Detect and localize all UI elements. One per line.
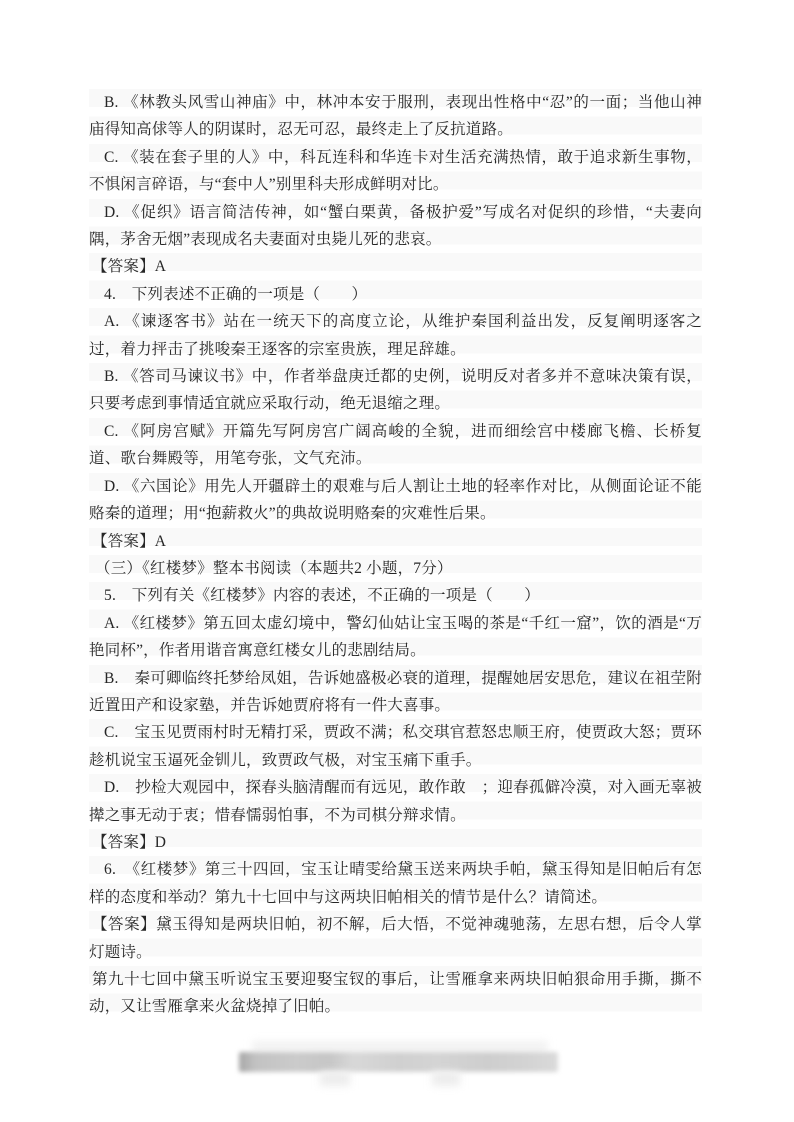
exam-paragraph-question: 4. 下列表述不正确的一项是（ ） [89,281,702,308]
exam-document-page: B. 《林教头风雪山神庙》中，林冲本安于服刑，表现出性格中“忍”的一面；当他山神… [0,0,794,1122]
exam-paragraph-answer: 【答案】A [89,253,702,280]
exam-paragraph-section: （三）《红楼梦》整本书阅读（本题共2 小题，7分） [89,555,702,582]
exam-paragraph-answer: 【答案】A [89,528,702,555]
watermark-fragment [320,1071,350,1086]
exam-paragraph-option: D. 《六国论》用先人开疆辟土的艰难与后人割让土地的轻率作对比，从侧面论证不能赂… [89,473,702,528]
exam-paragraph-option: A. 《谏逐客书》站在一统天下的高度立论，从维护秦国利益出发，反复阐明逐客之过，… [89,308,702,363]
exam-paragraph-option: D. 抄检大观园中，探春头脑清醒而有远见，敢作敢 ；迎春孤僻冷漠，对入画无辜被撵… [89,774,702,829]
exam-paragraph-option: C. 宝玉见贾雨村时无精打采，贾政不满；私交琪官惹怒忠顺王府，使贾政大怒；贾环趁… [89,719,702,774]
exam-paragraph-option: C. 《阿房宫赋》开篇先写阿房宫广阔高峻的全貌，进而细绘宫中楼廊飞檐、长桥复道、… [89,418,702,473]
document-body: B. 《林教头风雪山神庙》中，林冲本安于服刑，表现出性格中“忍”的一面；当他山神… [89,89,702,1021]
exam-paragraph-option: B. 《答司马谏议书》中，作者举盘庚迁都的史例，说明反对者多并不意味决策有误，只… [89,363,702,418]
exam-paragraph-option: C. 《装在套子里的人》中，科瓦连科和华连卡对生活充满热情，敢于追求新生事物，不… [89,144,702,199]
exam-paragraph-answer: 【答案】黛玉得知是两块旧帕，初不解，后大悟，不觉神魂驰荡，左思右想，后令人掌灯题… [89,911,702,966]
exam-paragraph-option: B. 秦可卿临终托梦给凤姐，告诉她盛极必衰的道理，提醒她居安思危，建议在祖茔附近… [89,665,702,720]
exam-paragraph-option: D. 《促织》语言简洁传神，如“蟹白栗黄，备极护爱”写成名对促织的珍惜，“夫妻向… [89,199,702,254]
exam-paragraph-option: B. 《林教头风雪山神庙》中，林冲本安于服刑，表现出性格中“忍”的一面；当他山神… [89,89,702,144]
watermark-fragment [432,1071,460,1086]
exam-paragraph-answer: 【答案】D [89,829,702,856]
exam-paragraph-question: 6. 《红楼梦》第三十四回，宝玉让晴雯给黛玉送来两块手帕，黛玉得知是旧帕后有怎样… [89,856,702,911]
exam-paragraph-body: 第九十七回中黛玉听说宝玉要迎娶宝钗的事后，让雪雁拿来两块旧帕狠命用手撕，撕不动，… [89,966,702,1021]
watermark-redacted-bar [239,1052,558,1072]
exam-paragraph-question: 5. 下列有关《红楼梦》内容的表述，不正确的一项是（ ） [89,582,702,609]
exam-paragraph-option: A. 《红楼梦》第五回太虚幻境中，警幻仙姑让宝玉喝的茶是“千红一窟”，饮的酒是“… [89,610,702,665]
